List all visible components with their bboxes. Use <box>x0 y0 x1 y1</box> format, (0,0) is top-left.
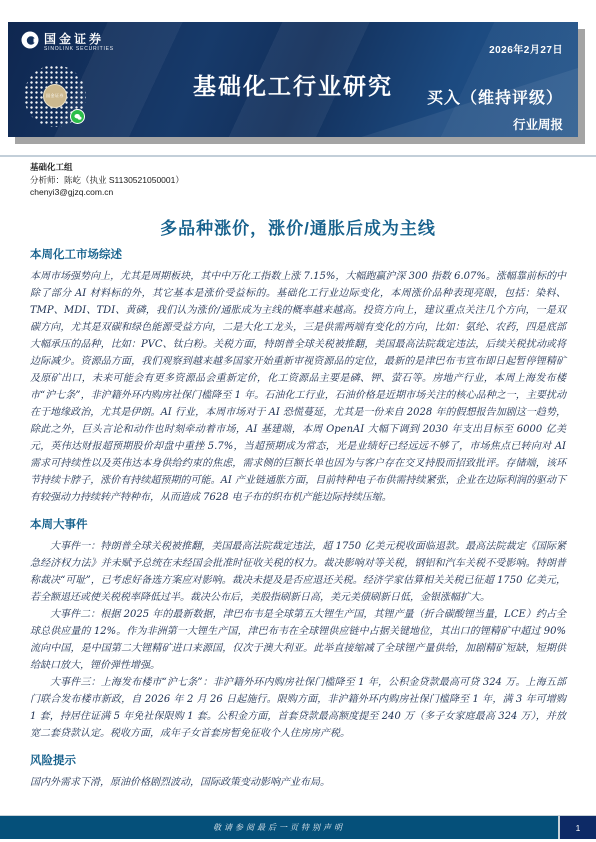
section-heading-risk: 风险提示 <box>30 752 566 768</box>
analyst-name-license: 分析师：陈屹（执业 S1130521050001） <box>30 174 184 187</box>
header-right-block: 2026年2月27日 买入（维持评级） 行业周报 证券研究报告 <box>427 41 563 137</box>
report-page: 国金证券 SINOLINK SECURITIES 国金证券 基础化工行业研究 2… <box>0 0 596 842</box>
event-paragraph-2: 大事件二：根据 2025 年的最新数据，津巴布韦是全球第五大锂生产国，其锂产量（… <box>30 606 566 674</box>
footer-disclaimer-bar: 敬请参阅最后一页特别声明 <box>0 816 558 839</box>
brand-subtitle: SINOLINK SECURITIES <box>44 46 114 52</box>
risk-paragraph: 国内外需求下滑，原油价格剧烈波动，国际政策变动影响产业布局。 <box>30 774 566 791</box>
analyst-block: 基础化工组 分析师：陈屹（执业 S1130521050001） chenyi3@… <box>30 161 184 199</box>
market-review-paragraph: 本周市场强势向上，尤其是周期板块，其中中万化工指数上涨 7.15%，大幅跑赢沪深… <box>30 268 566 506</box>
page-number-box: 1 <box>558 816 596 839</box>
section-heading-weekly-events: 本周大事件 <box>30 516 566 532</box>
report-type: 行业周报 <box>427 115 563 133</box>
report-date: 2026年2月27日 <box>427 41 563 56</box>
brand-lockup: 国金证券 SINOLINK SECURITIES <box>21 31 114 54</box>
header-divider <box>0 155 596 157</box>
footer-disclaimer-text: 敬请参阅最后一页特别声明 <box>213 822 345 833</box>
sinolink-logo-icon <box>21 31 39 54</box>
wechat-icon <box>70 109 85 124</box>
brand-name: 国金证券 <box>44 33 114 46</box>
event-paragraph-3: 大事件三：上海发布楼市“沪七条”：非沪籍外环内购房社保门槛降至 1 年，公积金贷… <box>30 674 566 742</box>
rating-badge: 买入（维持评级） <box>427 85 563 108</box>
main-title: 多品种涨价，涨价/通胀后成为主线 <box>0 214 596 239</box>
analyst-team: 基础化工组 <box>30 161 184 174</box>
report-body: 本周化工市场综述 本周市场强势向上，尤其是周期板块，其中中万化工指数上涨 7.1… <box>30 246 566 791</box>
page-number: 1 <box>576 823 581 833</box>
event-paragraph-1: 大事件一：特朗普全球关税被推翻，美国最高法院裁定违法，超 1750 亿美元税收面… <box>30 538 566 606</box>
header-banner: 国金证券 SINOLINK SECURITIES 国金证券 基础化工行业研究 2… <box>8 22 578 137</box>
section-heading-market-review: 本周化工市场综述 <box>30 246 566 262</box>
page-footer: 敬请参阅最后一页特别声明 1 <box>0 815 596 839</box>
analyst-email-link[interactable]: chenyi3@gjzq.com.cn <box>30 187 113 197</box>
